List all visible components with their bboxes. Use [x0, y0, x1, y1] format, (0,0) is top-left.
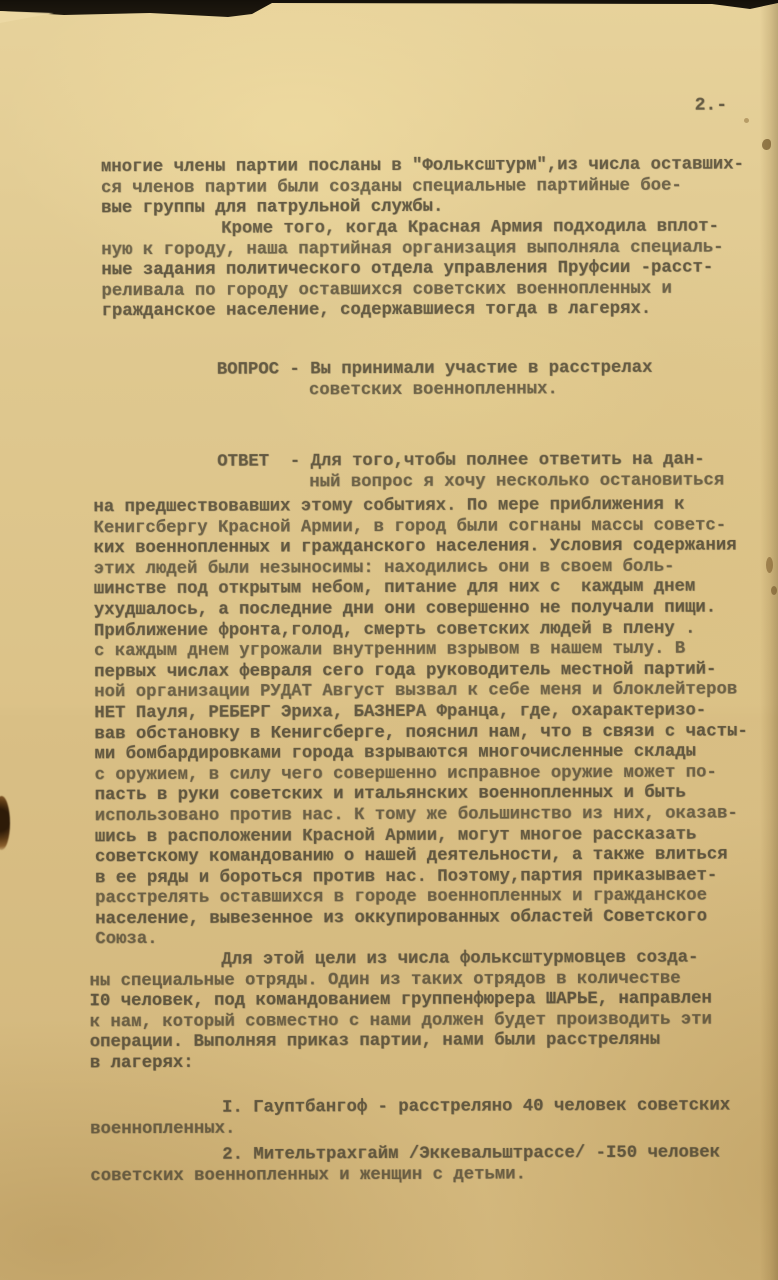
text-line: в ее ряды и бороться против нас. Поэтому… [95, 866, 748, 889]
list-item-mitteltragheim: 2. Мительтрахгайм /Эккевальштрассе/ -I50… [90, 1144, 720, 1188]
question-block: ВОПРОС - Вы принимали участие в расстрел… [93, 359, 653, 403]
text-line: НЕТ Пауля, РЕБЕРГ Эриха, БАЗНЕРА Франца,… [94, 701, 747, 724]
list-item-hauptbahnhof: I. Гауптбангоф - расстреляно 40 человек … [90, 1097, 730, 1141]
page-number: 2.- [695, 96, 727, 117]
paragraph-volkssturm: многие члены партии посланы в "Фольксшту… [101, 155, 744, 220]
text-line: ВОПРОС - Вы принимали участие в расстрел… [93, 359, 653, 382]
text-line: советскому командованию о нашей деятельн… [95, 846, 748, 869]
text-line: советских военнопленных. [93, 379, 653, 402]
text-line: ные задания политического отдела управле… [101, 259, 723, 282]
text-line: пасть в руки советских и итальянских вое… [95, 784, 748, 807]
text-line: военнопленных. [90, 1117, 730, 1140]
document-page: 2.- многие члены партии посланы в "Фольк… [0, 0, 778, 1280]
text-line: I0 человек, под командованием группенфюр… [90, 990, 712, 1013]
text-line: гражданское население, содержавшиеся тог… [102, 300, 724, 323]
text-line: шинстве под открытым небом, питание для … [94, 578, 747, 601]
text-line: ный вопрос я хочу несколько остановиться [93, 471, 724, 494]
text-line: I. Гауптбангоф - расстреляно 40 человек … [90, 1097, 730, 1120]
answer-body-block: на предшествовавших этому событиях. По м… [93, 495, 748, 951]
text-line: в лагерях: [90, 1052, 712, 1075]
text-line: советских военнопленных и женщин с детьм… [90, 1164, 720, 1187]
text-line: с каждым днем угрожали внутренним взрыво… [94, 640, 747, 663]
text-line: ной организации РУДАТ Август вызвал к се… [94, 681, 747, 704]
paragraph-otryady: Для этой цели из числа фольксштурмовцев … [89, 949, 712, 1075]
text-line: ких военнопленных и гражданского населен… [94, 537, 747, 560]
text-line: Кроме того, когда Красная Армия подходил… [101, 218, 723, 241]
text-line: Кенигсбергу Красной Армии, в город были … [93, 516, 746, 539]
text-line: ную к городу, наша партийная организация… [101, 238, 723, 261]
text-line: население, вывезенное из оккупированных … [95, 907, 748, 930]
text-line: реливала по городу оставшихся советских … [101, 279, 723, 302]
text-line: на предшествовавших этому событиях. По м… [93, 495, 746, 518]
text-line: вые группы для патрульной службы. [101, 197, 744, 220]
text-line: 2. Мительтрахгайм /Эккевальштрассе/ -I50… [90, 1144, 720, 1167]
text-line: операции. Выполняя приказ партии, нами б… [90, 1031, 712, 1054]
text-line: Для этой цели из числа фольксштурмовцев … [89, 949, 711, 972]
answer-intro-block: ОТВЕТ - Для того,чтобы полнее ответить н… [93, 451, 724, 495]
text-line: Приближение фронта,голод, смерть советск… [94, 619, 747, 642]
paragraph-special-tasks: Кроме того, когда Красная Армия подходил… [101, 218, 724, 324]
text-line: использовано против нас. К тому же больш… [95, 804, 748, 827]
text-line: ухудшалось, а последние дни они совершен… [94, 598, 747, 621]
text-line: многие члены партии посланы в "Фольксшту… [101, 155, 744, 178]
typewritten-text-layer: 2.- многие члены партии посланы в "Фольк… [0, 0, 778, 1280]
text-line: расстрелять оставшихся в городе военнопл… [95, 887, 748, 910]
text-line: ся членов партии были созданы специальны… [101, 176, 744, 199]
text-line: Союза. [95, 928, 748, 951]
text-line: ОТВЕТ - Для того,чтобы полнее ответить н… [93, 451, 724, 474]
text-line: ми бомбардировками города взрываются мно… [94, 743, 747, 766]
